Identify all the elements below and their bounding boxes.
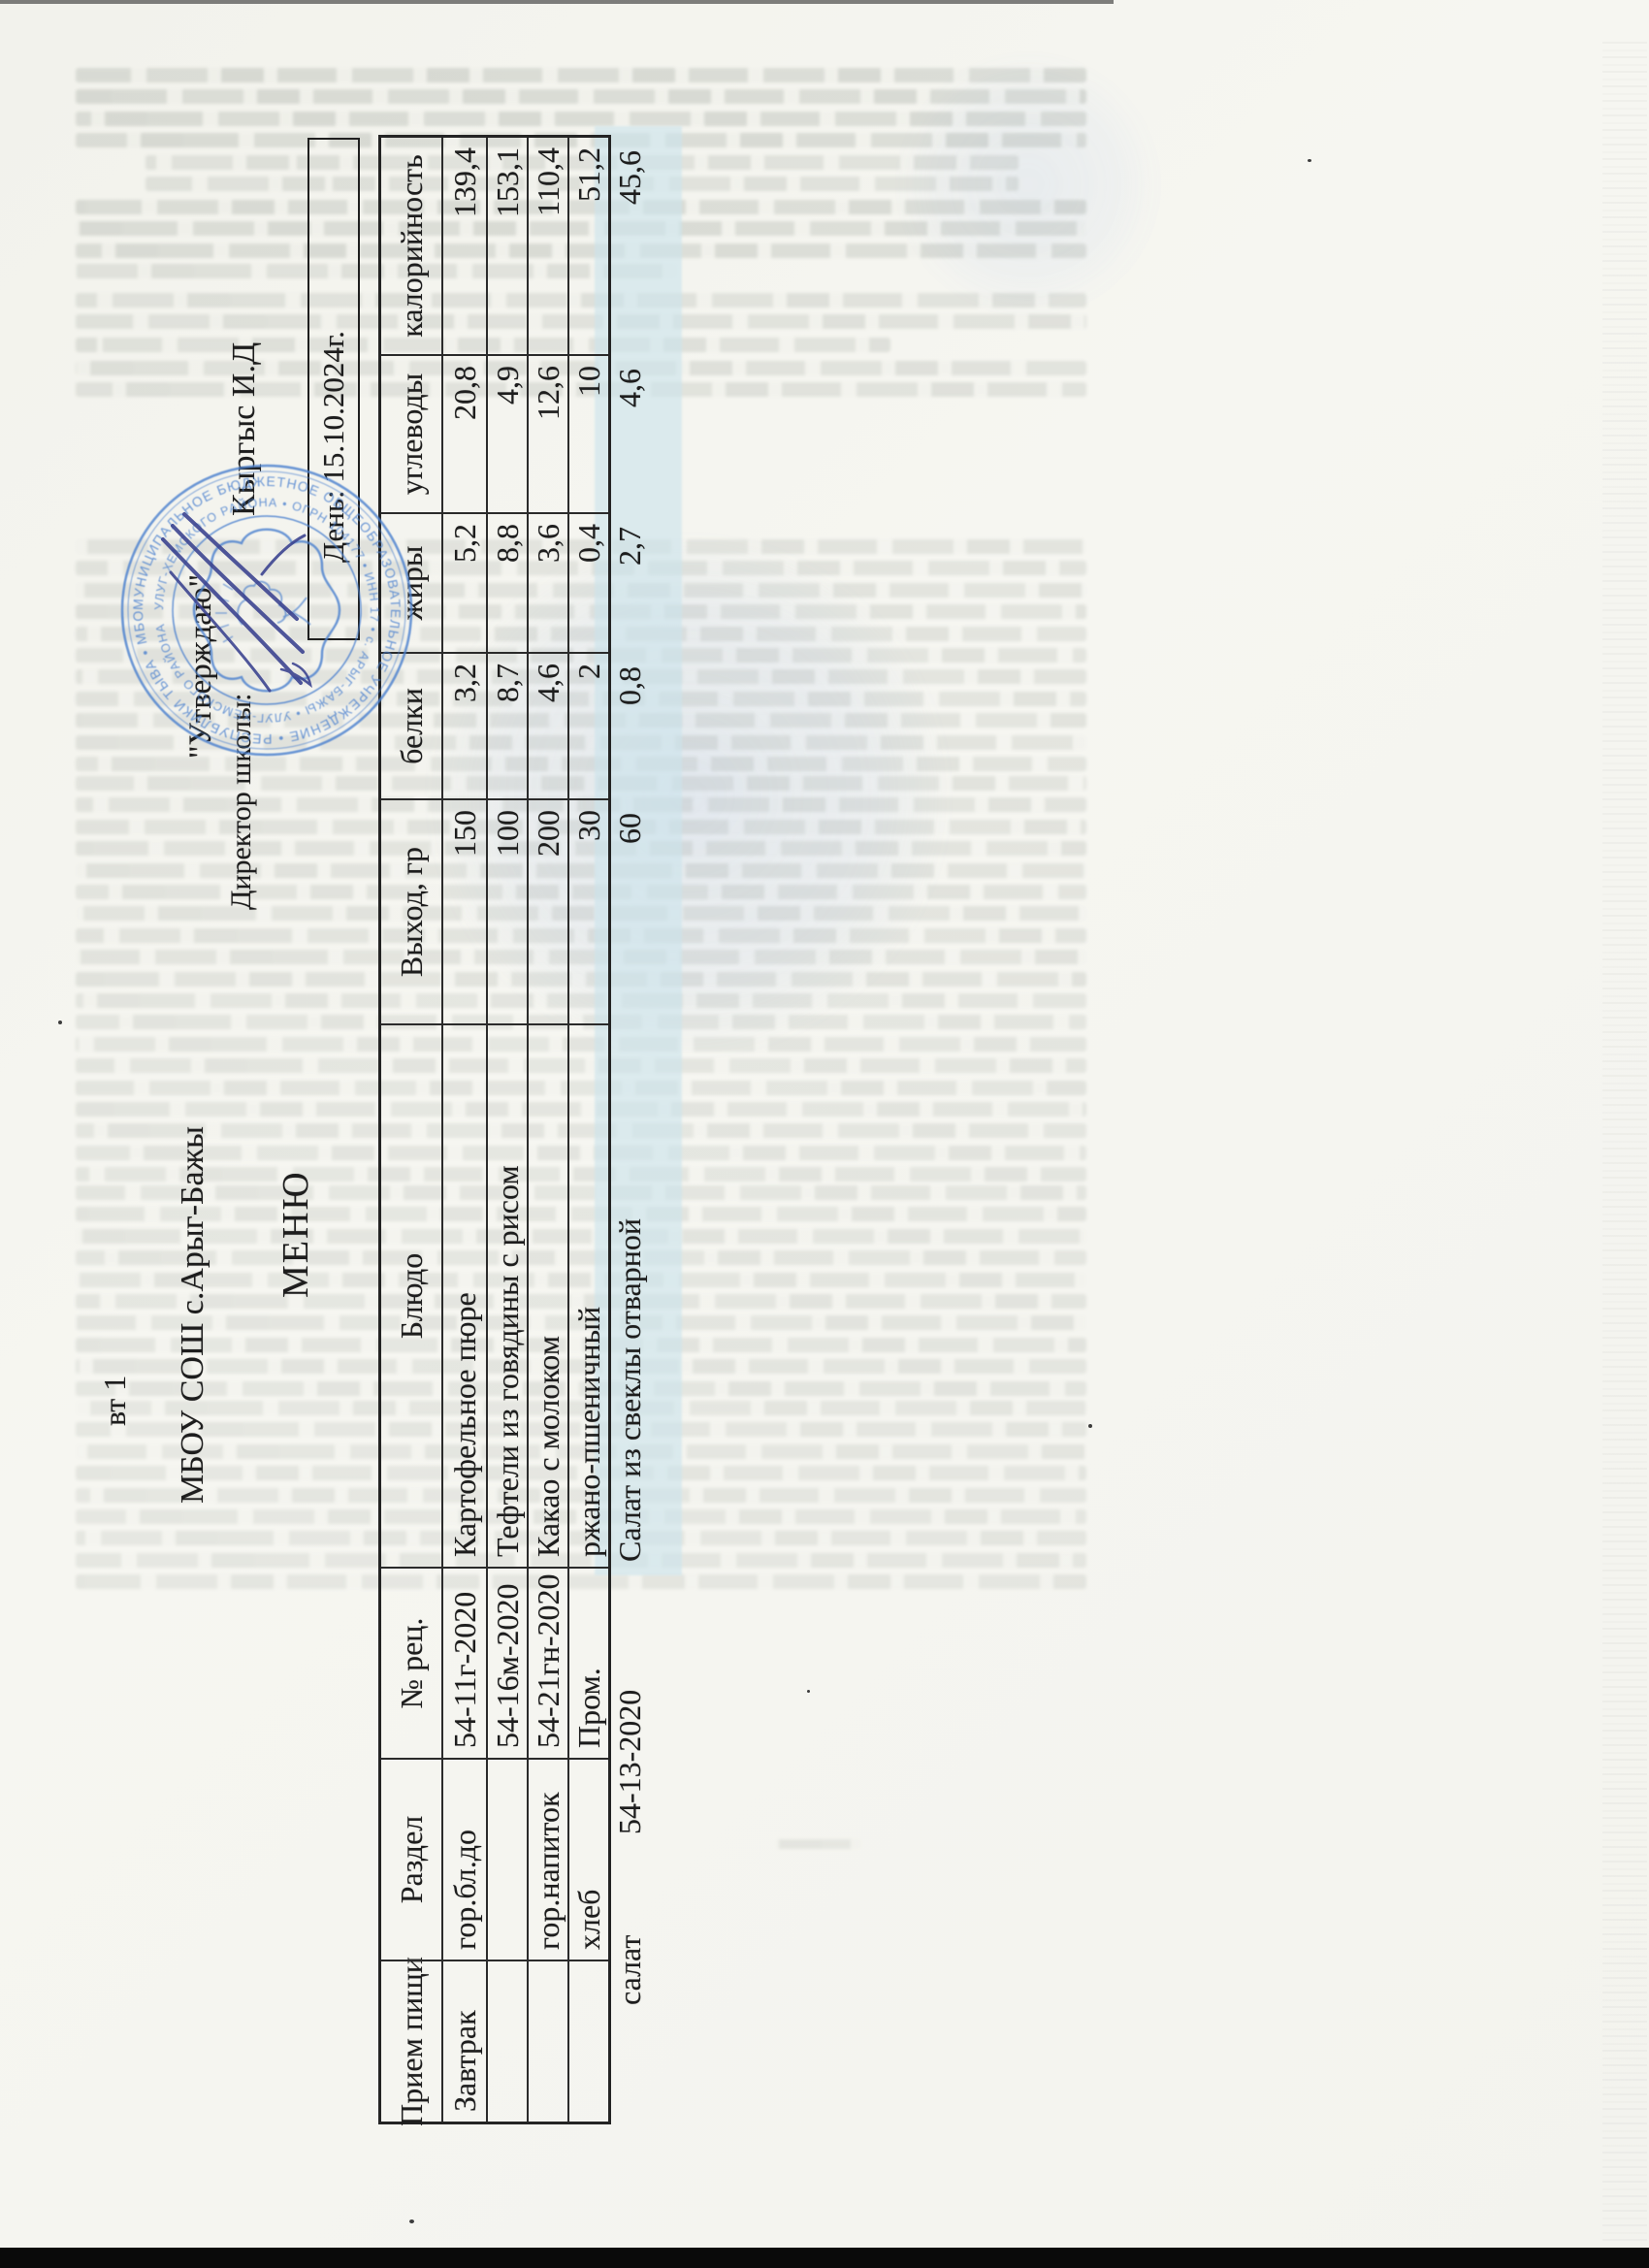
table-cell: Пром.: [567, 1569, 608, 1760]
table-cell: 0,8: [605, 657, 654, 803]
table-cell: 10: [567, 356, 608, 514]
table-cell: хлеб: [567, 1760, 608, 1961]
table-cell: гор.напиток: [527, 1760, 567, 1961]
table-cell: 12,6: [527, 356, 567, 514]
table-cell: 51,2: [567, 138, 608, 356]
scan-edge-bottom: [0, 2248, 1649, 2268]
table-cell: 54-11г-2020: [441, 1569, 486, 1760]
table-cell: 100: [486, 800, 527, 1025]
table-cell: 4,6: [527, 654, 567, 800]
weekday-label: вт 1: [97, 1376, 133, 1426]
table-cell: 153,1: [486, 138, 527, 356]
table-cell: 2: [567, 654, 608, 800]
table-cell: гор.бл.до: [441, 1760, 486, 1961]
table-cell: 150: [441, 800, 486, 1025]
table-cell: 4,6: [605, 359, 654, 517]
table-cell: 8,8: [486, 514, 527, 654]
table-cell: 45,6: [605, 141, 654, 359]
table-cell: Завтрак: [441, 1961, 486, 2122]
table-cell: 60: [605, 803, 654, 1028]
table-cell: ржано-пшеничный: [567, 1025, 608, 1569]
scan-edge-top: [0, 0, 1114, 4]
table-cell: 30: [567, 800, 608, 1025]
menu-table-last-row: салат54-13-2020Салат из свеклы отварной6…: [605, 141, 654, 2124]
table-cell: 3,6: [527, 514, 567, 654]
table-cell: 0,4: [567, 514, 608, 654]
table-cell: 54-13-2020: [605, 1653, 654, 1844]
column-header: Раздел: [381, 1760, 441, 1961]
table-cell: 54-21гн-2020: [527, 1569, 567, 1760]
table-cell: [527, 1961, 567, 2122]
column-header: Выход, гр: [381, 800, 441, 1025]
table-cell: Картофельное пюре: [441, 1025, 486, 1569]
scan-noise-right: [1602, 39, 1647, 2241]
scanned-page: { "page": { "weekday_label": "вт 1" }, "…: [0, 0, 1649, 2268]
menu-table: Прием пищиРаздел№ рец.БлюдоВыход, грбелк…: [378, 135, 611, 2124]
column-header: калорийность: [381, 138, 441, 356]
table-cell: 4,9: [486, 356, 527, 514]
table-cell: Какао с молоком: [527, 1025, 567, 1569]
school-name: МБОУ СОШ с.Арыг-Бажы: [175, 1126, 211, 1504]
table-cell: 110,4: [527, 138, 567, 356]
column-header: № рец.: [381, 1569, 441, 1760]
table-cell: 200: [527, 800, 567, 1025]
menu-document: вт 1 МБОУ СОШ с.Арыг-Бажы МЕНЮ "Утвержда…: [0, 0, 1649, 2268]
director-signature: [147, 419, 322, 720]
table-cell: [567, 1961, 608, 2122]
table-cell: 139,4: [441, 138, 486, 356]
table-cell: 20,8: [441, 356, 486, 514]
table-cell: 5,2: [441, 514, 486, 654]
page-title: МЕНЮ: [275, 1171, 317, 1299]
table-cell: Салат из свеклы отварной: [605, 1028, 654, 1571]
table-cell: 2,7: [605, 517, 654, 657]
table-cell: 54-16м-2020: [486, 1569, 527, 1760]
table-cell: [486, 1961, 527, 2122]
column-header: Прием пищи: [381, 1961, 441, 2122]
table-cell: [486, 1760, 527, 1961]
table-cell: 3,2: [441, 654, 486, 800]
column-header: Блюдо: [381, 1025, 441, 1569]
table-cell: 8,7: [486, 654, 527, 800]
table-cell: Тефтели из говядины с рисом: [486, 1025, 527, 1569]
